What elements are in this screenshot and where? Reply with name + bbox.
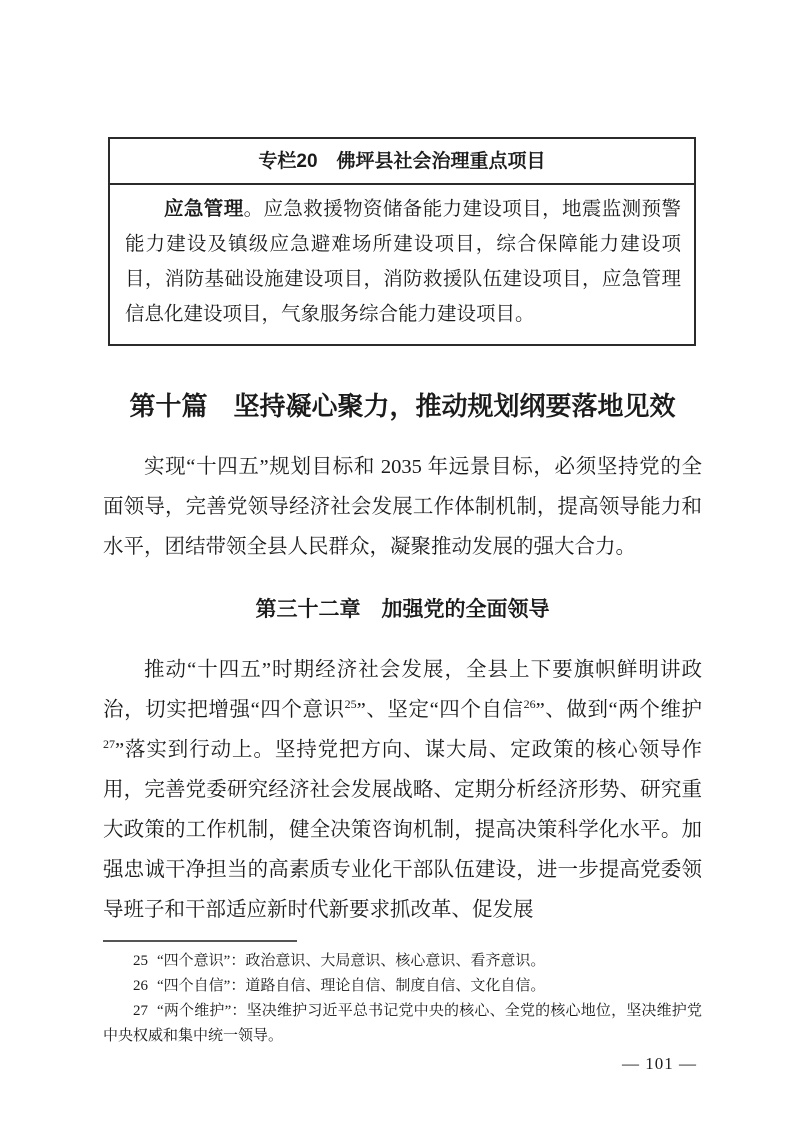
special-column-lead: 应急管理 <box>164 198 244 220</box>
chapter-paragraph-segment: ”、坚定“四个自信 <box>357 699 524 721</box>
special-column-box: 专栏20 佛坪县社会治理重点项目 应急管理。应急救援物资储备能力建设项目，地震监… <box>108 137 696 346</box>
chapter-heading: 第三十二章 加强党的全面领导 <box>103 596 702 623</box>
special-column-body: 应急管理。应急救援物资储备能力建设项目，地震监测预警能力建设及镇级应急避难场所建… <box>110 185 694 344</box>
footnote-26: 26“四个自信”：道路自信、理论自信、制度自信、文化自信。 <box>103 974 702 999</box>
part-intro-paragraph: 实现“十四五”规划目标和 2035 年远景目标，必须坚持党的全面领导，完善党领导… <box>103 447 702 567</box>
footnote-text: “四个意识”：政治意识、大局意识、核心意识、看齐意识。 <box>157 953 545 969</box>
footnote-ref-26: 26 <box>524 697 536 711</box>
footnote-25: 25“四个意识”：政治意识、大局意识、核心意识、看齐意识。 <box>103 949 702 974</box>
footnote-ref-27: 27 <box>103 737 115 751</box>
part-heading: 第十篇 坚持凝心聚力，推动规划纲要落地见效 <box>103 390 702 424</box>
footnote-text: “四个自信”：道路自信、理论自信、制度自信、文化自信。 <box>157 978 545 994</box>
page-number: — 101 — <box>622 1054 697 1074</box>
footnote-number: 27 <box>133 1003 148 1019</box>
chapter-paragraph-segment: ”、做到“两个维护 <box>536 699 702 721</box>
footnote-separator-rule <box>103 940 297 942</box>
footnote-number: 26 <box>133 978 148 994</box>
footnote-ref-25: 25 <box>345 697 357 711</box>
chapter-paragraph-segment: ”落实到行动上。坚持党把方向、谋大局、定政策的核心领导作用，完善党委研究经济社会… <box>103 739 702 921</box>
document-page: 专栏20 佛坪县社会治理重点项目 应急管理。应急救援物资储备能力建设项目，地震监… <box>0 0 793 1122</box>
footnote-27: 27“两个维护”：坚决维护习近平总书记党中央的核心、全党的核心地位，坚决维护党中… <box>103 999 702 1049</box>
footnote-text: “两个维护”：坚决维护习近平总书记党中央的核心、全党的核心地位，坚决维护党中央权… <box>103 1003 702 1044</box>
special-column-title: 专栏20 佛坪县社会治理重点项目 <box>110 139 694 185</box>
footnote-number: 25 <box>133 953 148 969</box>
chapter-paragraph: 推动“十四五”时期经济社会发展，全县上下要旗帜鲜明讲政治，切实把增强“四个意识2… <box>103 650 702 930</box>
